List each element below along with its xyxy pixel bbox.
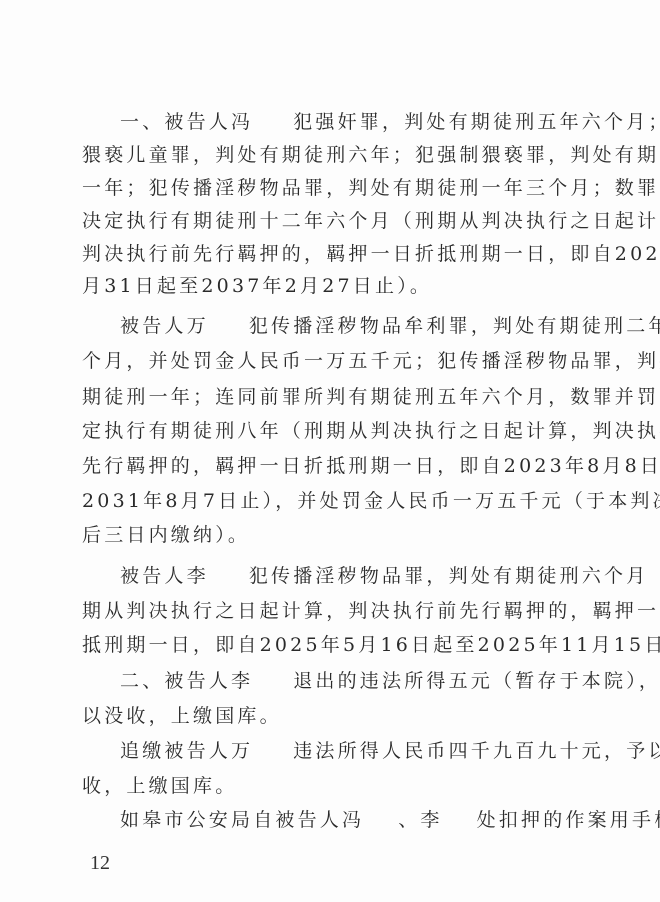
text-line: 被告人万犯传播淫秽物品牟利罪，判处有期徒刑二年六 xyxy=(120,310,582,342)
text-line: 一、被告人冯犯强奸罪，判处有期徒刑五年六个月；犯 xyxy=(120,106,582,138)
text-segment: 被告人万 xyxy=(120,315,209,337)
text-segment: 犯传播淫秽物品罪，判处有期徒刑六个月（刑 xyxy=(249,565,660,587)
text-line: 被告人李犯传播淫秽物品罪，判处有期徒刑六个月（刑 xyxy=(120,560,582,592)
text-line: 判决执行前先行羁押的，羁押一日折抵刑期一日，即自2024年8 xyxy=(82,238,582,270)
text-line: 期徒刑一年；连同前罪所判有期徒刑五年六个月，数罪并罚，决 xyxy=(82,381,582,413)
text-line: 决定执行有期徒刑十二年六个月（刑期从判决执行之日起计算， xyxy=(82,205,582,237)
text-line: 如皋市公安局自被告人冯、李处扣押的作案用手机 xyxy=(120,804,582,836)
text-line: 先行羁押的，羁押一日折抵刑期一日，即自2023年8月8日起至 xyxy=(82,450,582,482)
text-line: 个月，并处罚金人民币一万五千元；犯传播淫秽物品罪，判处有 xyxy=(82,345,582,377)
text-line: 二、被告人李退出的违法所得五元（暂存于本院），予 xyxy=(120,665,582,697)
text-segment: 犯传播淫秽物品牟利罪，判处有期徒刑二年六 xyxy=(249,315,660,337)
text-line: 追缴被告人万违法所得人民币四千九百九十元，予以没 xyxy=(120,735,582,767)
text-segment: 违法所得人民币四千九百九十元，予以没 xyxy=(293,740,660,762)
text-line: 以没收，上缴国库。 xyxy=(82,700,582,732)
text-segment: 如皋市公安局自被告人冯 xyxy=(120,809,364,831)
text-line: 一年；犯传播淫秽物品罪，判处有期徒刑一年三个月；数罪并罚， xyxy=(82,172,582,204)
text-segment: 、李 xyxy=(398,809,442,831)
text-line: 2031年8月7日止），并处罚金人民币一万五千元（于本判决生效 xyxy=(82,485,582,517)
text-segment: 处扣押的作案用手机 xyxy=(477,809,660,831)
text-line: 月31日起至2037年2月27日止）。 xyxy=(82,270,582,302)
text-segment: 一、被告人冯 xyxy=(120,111,253,133)
text-segment: 退出的违法所得五元（暂存于本院），予 xyxy=(293,670,660,692)
text-segment: 被告人李 xyxy=(120,565,209,587)
text-line: 定执行有期徒刑八年（刑期从判决执行之日起计算，判决执行前 xyxy=(82,415,582,447)
text-segment: 二、被告人李 xyxy=(120,670,253,692)
text-segment: 追缴被告人万 xyxy=(120,740,253,762)
text-line: 期从判决执行之日起计算，判决执行前先行羁押的，羁押一日折 xyxy=(82,595,582,627)
text-line: 后三日内缴纳）。 xyxy=(82,519,582,551)
page-number: 12 xyxy=(90,852,110,875)
text-line: 抵刑期一日，即自2025年5月16日起至2025年11月15日止）。 xyxy=(82,629,582,661)
text-line: 收，上缴国库。 xyxy=(82,770,582,802)
document-page: 一、被告人冯犯强奸罪，判处有期徒刑五年六个月；犯 猥亵儿童罪，判处有期徒刑六年；… xyxy=(0,0,660,902)
text-line: 猥亵儿童罪，判处有期徒刑六年；犯强制猥亵罪，判处有期徒刑 xyxy=(82,139,582,171)
text-segment: 犯强奸罪，判处有期徒刑五年六个月；犯 xyxy=(293,111,660,133)
